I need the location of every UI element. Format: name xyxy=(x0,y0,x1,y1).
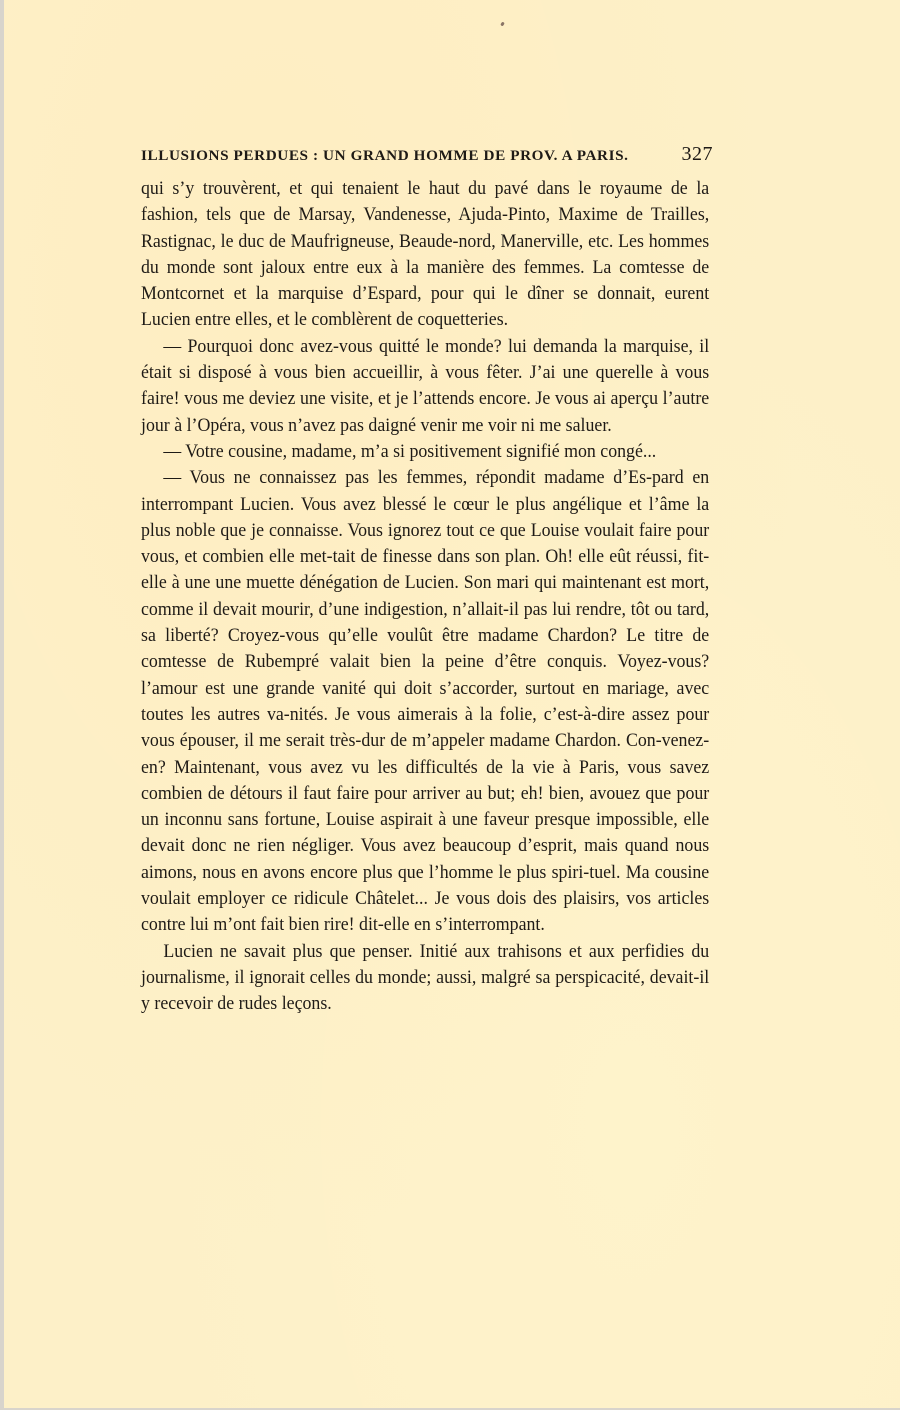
paragraph: qui s’y trouvèrent, et qui tenaient le h… xyxy=(141,176,709,334)
book-page: ILLUSIONS PERDUES : UN GRAND HOMME DE PR… xyxy=(4,0,900,1408)
page-header: ILLUSIONS PERDUES : UN GRAND HOMME DE PR… xyxy=(141,143,713,169)
paragraph: Lucien ne savait plus que penser. Initié… xyxy=(141,939,709,1018)
paragraph: — Pourquoi donc avez-vous quitté le mond… xyxy=(141,334,709,439)
body-text: qui s’y trouvèrent, et qui tenaient le h… xyxy=(141,176,709,1018)
paper-speck xyxy=(500,22,505,27)
paragraph: — Votre cousine, madame, m’a si positive… xyxy=(141,439,709,465)
running-title: ILLUSIONS PERDUES : UN GRAND HOMME DE PR… xyxy=(141,147,629,165)
paragraph: — Vous ne connaissez pas les femmes, rép… xyxy=(141,465,709,938)
page-number: 327 xyxy=(682,143,714,166)
